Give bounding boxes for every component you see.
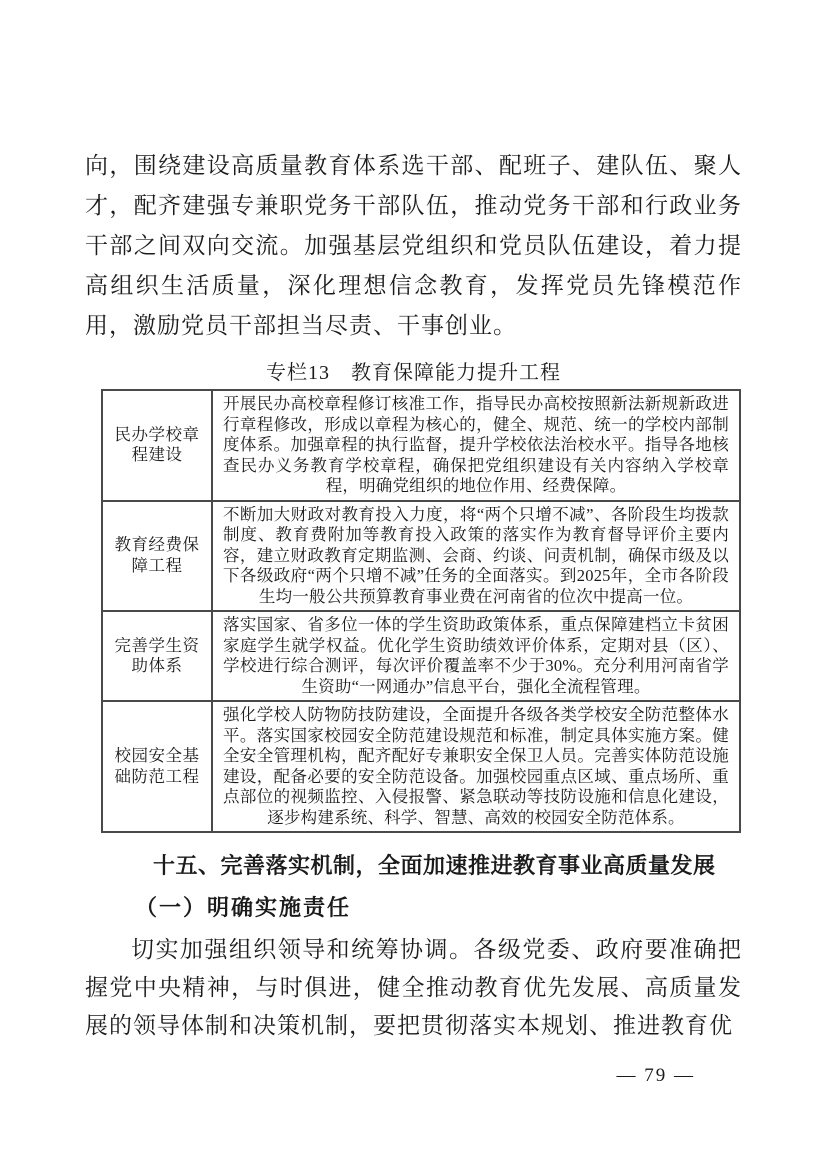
table-row: 民办学校章程建设 开展民办高校章程修订核准工作，指导民办高校按照新法新规新政进行… bbox=[102, 390, 740, 501]
page-content: 向，围绕建设高质量教育体系选干部、配班子、建队伍、聚人才，配齐建强专兼职党务干部… bbox=[85, 0, 742, 1068]
subsection-heading: （一）明确实施责任 bbox=[85, 893, 742, 923]
row-label-private-school-charter: 民办学校章程建设 bbox=[102, 390, 212, 501]
body-paragraph: 切实加强组织领导和统筹协调。各级党委、政府要准确把握党中央精神，与时俱进，健全推… bbox=[85, 931, 742, 1045]
table-row: 教育经费保障工程 不断加大财政对教育投入力度，将“两个只增不减”、各阶段生均拨款… bbox=[102, 501, 740, 612]
document-page: 向，围绕建设高质量教育体系选干部、配班子、建队伍、聚人才，配齐建强专兼职党务干部… bbox=[0, 0, 826, 1169]
table-row: 完善学生资助体系 落实国家、省多位一体的学生资助政策体系，重点保障建档立卡贫困家… bbox=[102, 611, 740, 701]
row-content-student-aid-system: 落实国家、省多位一体的学生资助政策体系，重点保障建档立卡贫困家庭学生就学权益。优… bbox=[212, 611, 740, 701]
feature-box-table: 民办学校章程建设 开展民办高校章程修订核准工作，指导民办高校按照新法新规新政进行… bbox=[101, 389, 741, 833]
row-label-campus-safety: 校园安全基础防范工程 bbox=[102, 701, 212, 832]
table-row: 校园安全基础防范工程 强化学校人防物防技防建设，全面提升各级各类学校安全防范整体… bbox=[102, 701, 740, 832]
section-heading: 十五、完善落实机制，全面加速推进教育事业高质量发展 bbox=[85, 851, 742, 881]
row-label-education-funding: 教育经费保障工程 bbox=[102, 501, 212, 612]
continuation-paragraph: 向，围绕建设高质量教育体系选干部、配班子、建队伍、聚人才，配齐建强专兼职党务干部… bbox=[85, 146, 742, 346]
row-content-education-funding: 不断加大财政对教育投入力度，将“两个只增不减”、各阶段生均拨款制度、教育费附加等… bbox=[212, 501, 740, 612]
row-content-private-school-charter: 开展民办高校章程修订核准工作，指导民办高校按照新法新规新政进行章程修改，形成以章… bbox=[212, 390, 740, 501]
page-number: — 79 — bbox=[617, 1065, 696, 1087]
row-label-student-aid-system: 完善学生资助体系 bbox=[102, 611, 212, 701]
row-content-campus-safety: 强化学校人防物防技防建设，全面提升各级各类学校安全防范整体水平。落实国家校园安全… bbox=[212, 701, 740, 832]
table-caption: 专栏13 教育保障能力提升工程 bbox=[85, 356, 742, 385]
